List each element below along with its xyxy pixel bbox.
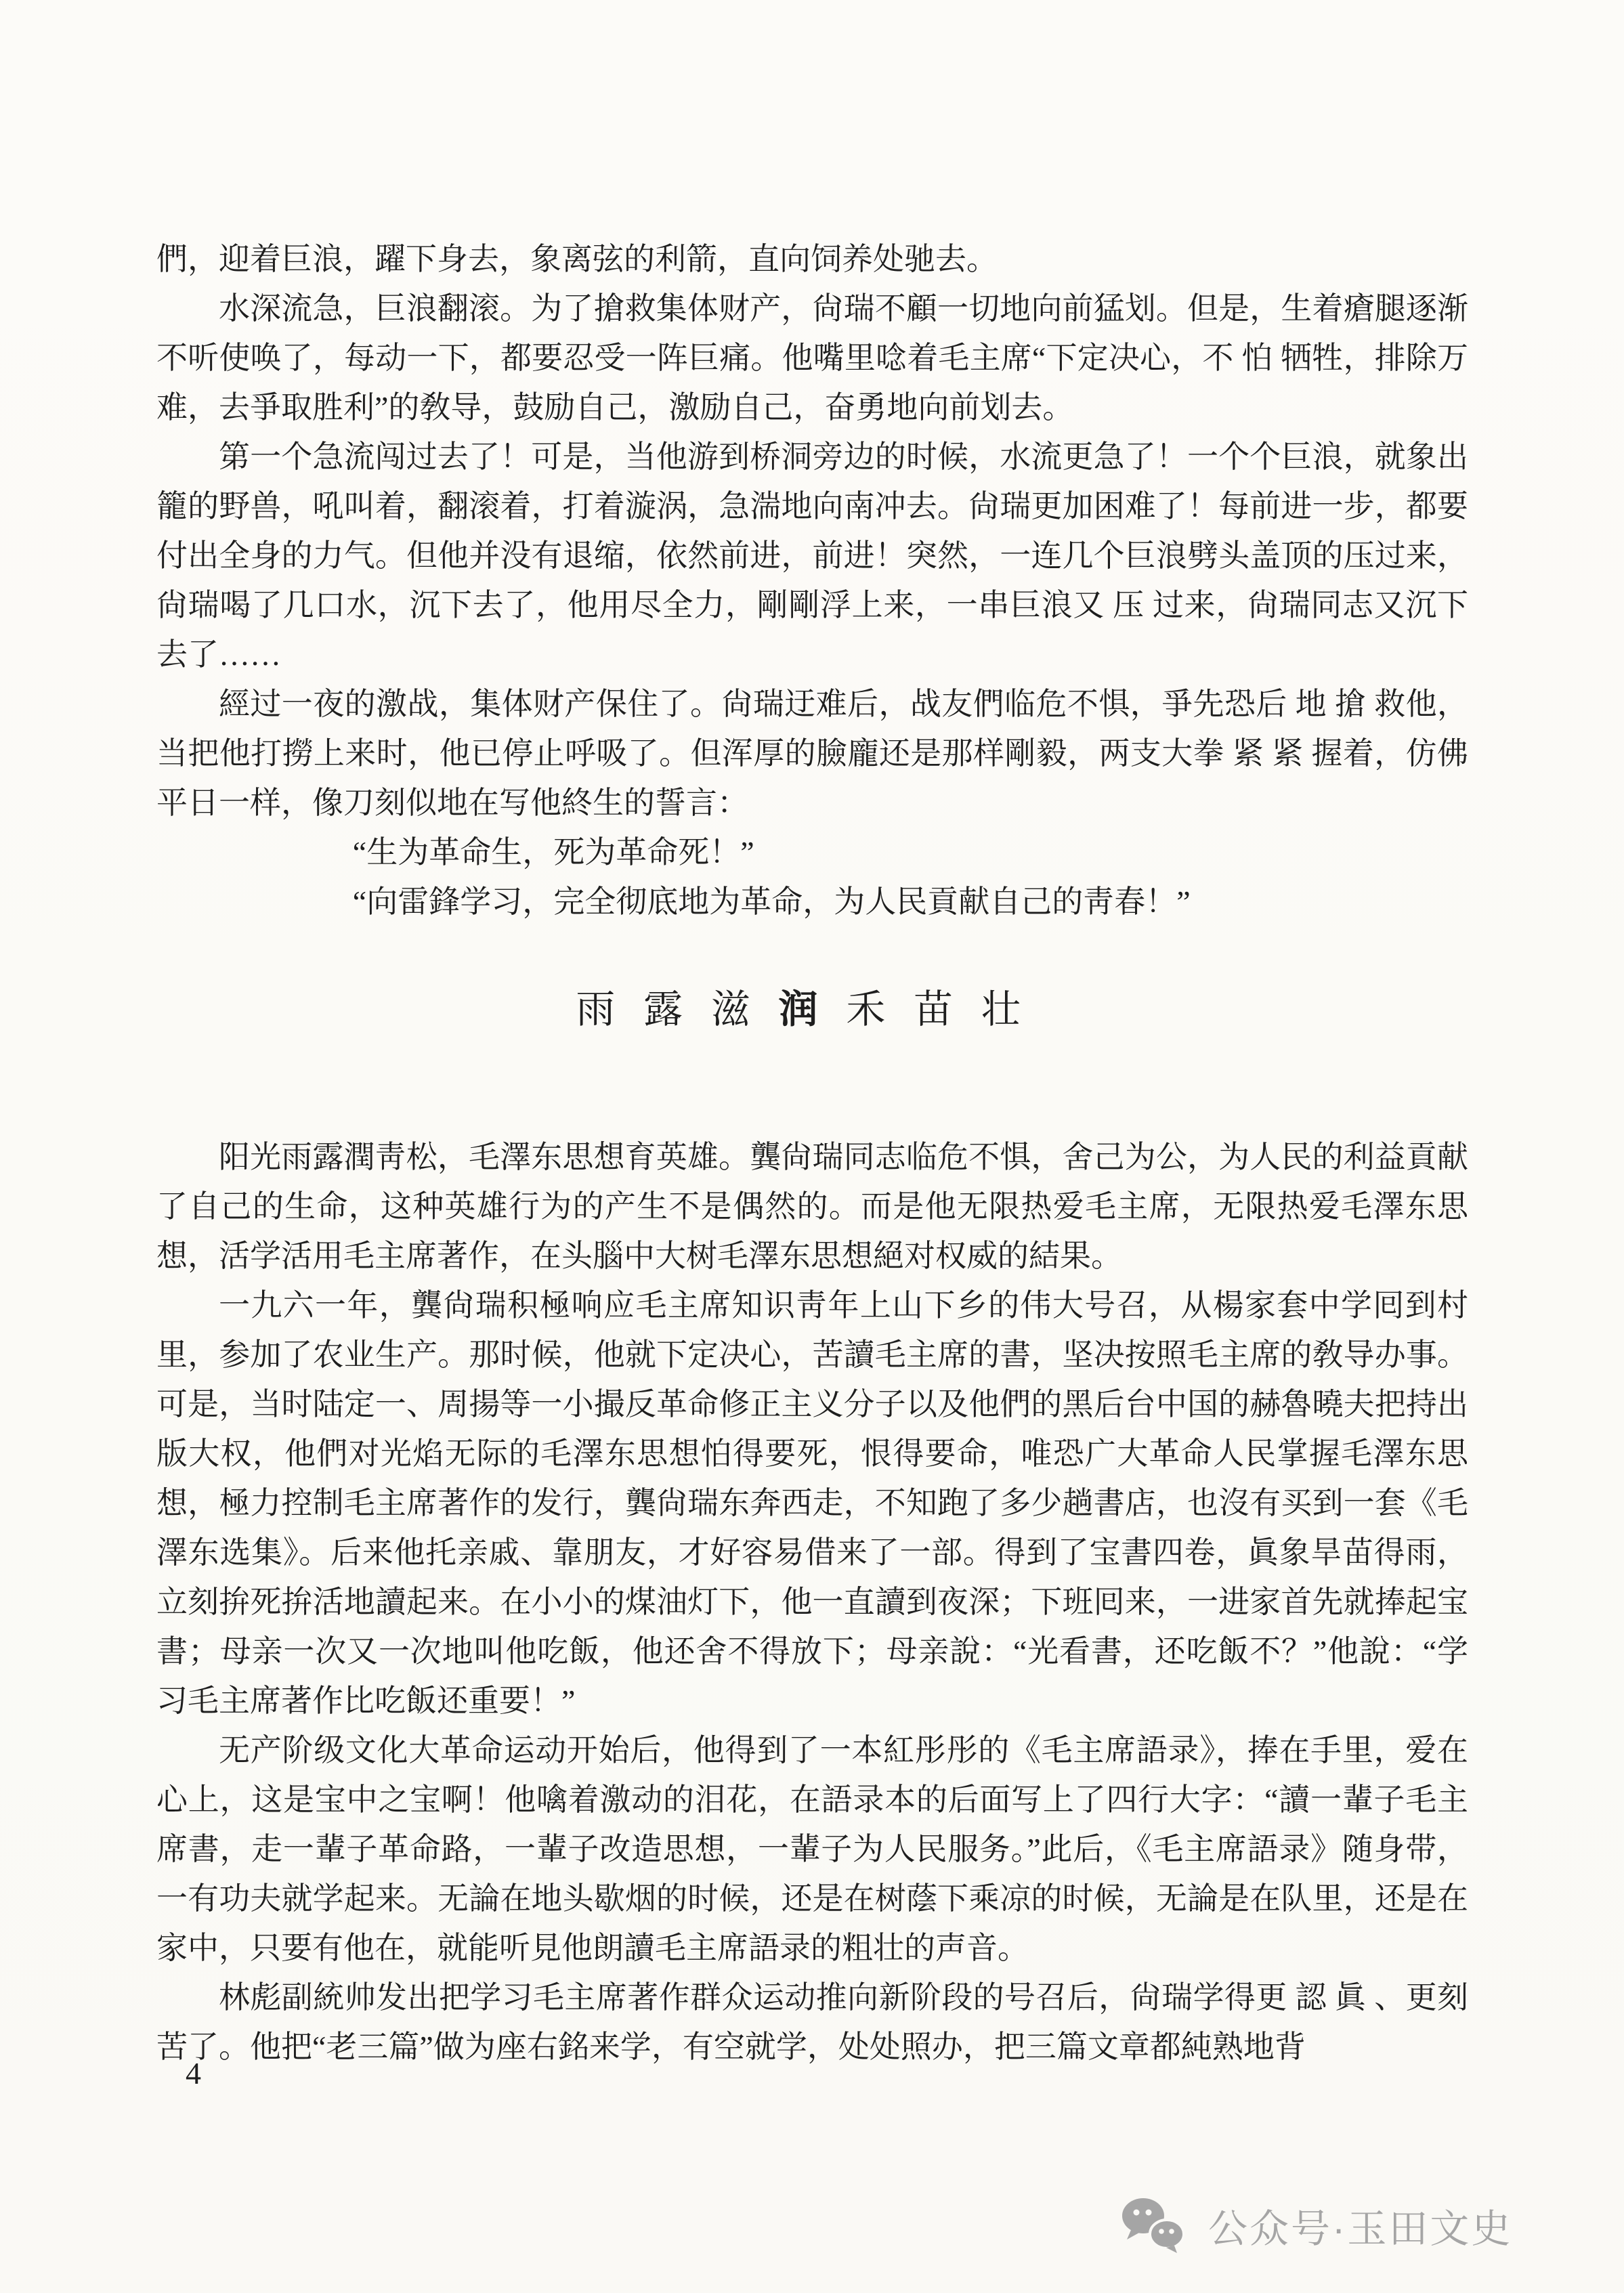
oath-quote: “生为革命生，死为革命死！” <box>156 828 1468 877</box>
paragraph: 水深流急，巨浪翻滚。为了搶救集体财产，尙瑞不顧一切地向前猛划。但是，生着瘡腿逐渐… <box>156 284 1468 432</box>
paragraph: 林彪副統帅发出把学习毛主席著作群众运动推向新阶段的号召后，尙瑞学得更 認 眞 、… <box>156 1973 1468 2072</box>
watermark: 公众号·玉田文史 <box>1119 2196 1512 2254</box>
section-title: 雨露滋润禾苗壮 <box>156 981 1468 1039</box>
paragraph: 阳光雨露潤靑松，毛澤东思想育英雄。龔尙瑞同志临危不惧，舍己为公，为人民的利益貢献… <box>156 1132 1468 1281</box>
watermark-label: 公众号·玉田文史 <box>1208 2197 1512 2254</box>
paragraph: 經过一夜的激战，集体财产保住了。尙瑞迂难后，战友們临危不惧，爭先恐后 地 搶 救… <box>156 679 1468 828</box>
paragraph-continuation: 們，迎着巨浪，躍下身去，象离弦的利箭，直向饲养处驰去。 <box>156 234 1468 284</box>
paragraph: 第一个急流闯过去了！可是，当他游到桥洞旁边的时候，水流更急了！一个个巨浪，就象出… <box>156 432 1468 679</box>
page-text-block: 們，迎着巨浪，躍下身去，象离弦的利箭，直向饲养处驰去。 水深流急，巨浪翻滚。为了… <box>156 234 1468 2072</box>
section-title-pre: 雨露滋 <box>576 987 778 1031</box>
oath-quote: “向雷鋒学习，完全彻底地为革命，为人民貢献自己的靑春！” <box>156 877 1468 926</box>
section-title-post: 禾苗壮 <box>846 987 1048 1031</box>
paragraph: 一九六一年，龔尙瑞积極响应毛主席知识靑年上山下乡的伟大号召，从楊家套中学囘到村里… <box>156 1281 1468 1726</box>
scanned-page: 們，迎着巨浪，躍下身去，象离弦的利箭，直向饲养处驰去。 水深流急，巨浪翻滚。为了… <box>0 0 1624 2293</box>
section-title-emphasis: 润 <box>779 987 847 1031</box>
page-number: 4 <box>186 2053 201 2094</box>
paragraph: 无产阶级文化大革命运动开始后，他得到了一本紅彤彤的《毛主席語录》，捧在手里，爱在… <box>156 1726 1468 1973</box>
wechat-icon <box>1119 2196 1189 2254</box>
